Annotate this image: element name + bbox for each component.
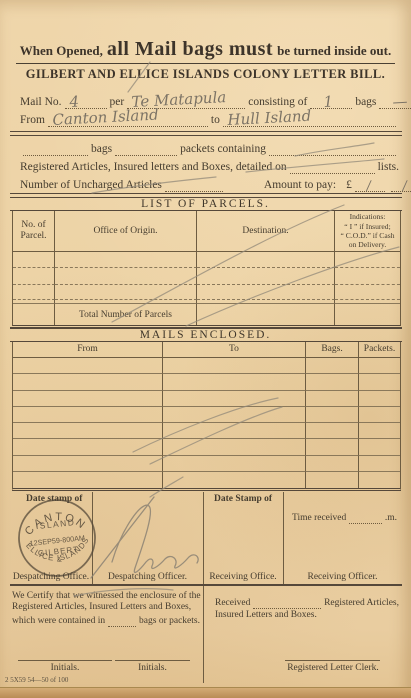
certify-line-1: We Certify that we witnessed the enclosu… (12, 591, 202, 602)
print-code: 2 5X59 54—50 of 100 (5, 676, 68, 684)
despatching-office-label: Despatching Office. (10, 572, 92, 582)
amount-to-pay-label: Amount to pay: (264, 179, 336, 192)
opening-notice: When Opened, all Mail bags must be turne… (0, 38, 411, 64)
bags-blank-field (23, 143, 88, 156)
received-line-2: Insured Letters and Boxes. (215, 610, 317, 620)
parcels-empty-row (13, 285, 400, 300)
form-title: GILBERT AND ELLICE ISLANDS COLONY LETTER… (0, 67, 411, 82)
initials-rule (18, 660, 112, 661)
canton-island-postmark: CANTON ISLAND 12SEP59-800AM GILBERT & EL… (11, 492, 103, 584)
parcels-empty-row (13, 268, 400, 285)
indications-line: “ C.O.D.” if Cash (341, 231, 395, 240)
mails-col-bags: Bags. (306, 342, 359, 358)
received-label: Received (215, 598, 250, 609)
mails-empty-row (13, 472, 400, 488)
receiving-officer-label: Receiving Officer. (283, 572, 402, 582)
mails-header-row: From To Bags. Packets. (13, 342, 400, 358)
mail-no-handwritten: 4 (69, 93, 79, 111)
lists-label: lists. (378, 161, 399, 174)
uncharged-articles-label: Number of Uncharged Articles (20, 179, 162, 192)
notice-prefix: When Opened, (20, 43, 103, 58)
currency-symbol: £ (346, 179, 352, 192)
notice-emphasis: all Mail bags must (107, 38, 273, 60)
lists-blank-field (290, 161, 375, 174)
bags-label-2: bags (91, 143, 112, 156)
receiving-office-label: Receiving Office. (203, 572, 283, 582)
indications-line: Indications: (350, 212, 386, 221)
mails-col-from: From (13, 342, 163, 358)
to-label: to (211, 114, 220, 127)
clerk-rule (285, 660, 380, 661)
heavy-rule (10, 584, 402, 586)
bags-or-packets-label: bags or packets. (139, 616, 200, 627)
packets-blank-field (115, 143, 177, 156)
spacer (226, 180, 264, 192)
time-received-suffix: .m. (385, 513, 397, 524)
mails-empty-row (13, 374, 400, 390)
indications-line: “ I ” if Insured; (344, 222, 390, 231)
bags-label: bags (355, 96, 376, 109)
time-received-label: Time received (292, 513, 346, 524)
mails-section-title: MAILS ENCLOSED. (0, 329, 411, 341)
initials-rule (115, 660, 190, 661)
received-field (253, 599, 321, 609)
time-received-field (349, 514, 382, 524)
bags-count-field: 1 (310, 96, 352, 109)
mails-empty-row (13, 456, 400, 472)
paper-bottom-edge (0, 687, 411, 698)
parcels-section-title: LIST OF PARCELS. (0, 198, 411, 210)
amount-slash-1: / (366, 179, 371, 194)
contained-in-label: which were contained in (12, 616, 105, 627)
mails-col-packets: Packets. (359, 342, 400, 358)
contained-in-line: which were contained in bags or packets. (12, 616, 200, 627)
from-to-line: From Canton Island to Hull Island (20, 114, 399, 127)
mails-table: From To Bags. Packets. (12, 342, 401, 491)
date-stamp-right-header: Date Stamp of (214, 494, 272, 504)
mail-no-field: 4 (65, 96, 107, 109)
mail-no-line: Mail No. 4 per Te Matapula consisting of… (20, 96, 399, 109)
to-handwritten: Hull Island (227, 107, 312, 129)
amount-pounds-field: / (355, 179, 385, 192)
bags-count-handwritten: 1 (323, 93, 333, 111)
initials-label-2: Initials. (115, 663, 190, 673)
divider (283, 492, 284, 584)
mails-empty-row (13, 358, 400, 374)
mails-empty-row (13, 423, 400, 439)
registered-articles-line: Registered Articles, Insured letters and… (20, 161, 399, 174)
uncharged-blank-field (165, 179, 223, 192)
from-label: From (20, 114, 45, 127)
parcels-total-label: Total Number of Parcels (55, 304, 197, 325)
mails-empty-row (13, 407, 400, 423)
parcels-empty-row (13, 252, 400, 268)
amount-shillings-field: / (391, 179, 411, 192)
parcels-total-row: Total Number of Parcels (13, 304, 400, 325)
mails-empty-row (13, 439, 400, 455)
parcels-col-destination: Destination. (197, 211, 335, 252)
packets-count-field: — (379, 96, 411, 109)
parcels-col-indications: Indications: “ I ” if Insured; “ C.O.D.”… (335, 211, 400, 252)
mails-empty-row (13, 391, 400, 407)
time-received-line: Time received .m. (292, 513, 397, 524)
received-suffix: Registered Articles, (324, 598, 399, 609)
parcels-col-no: No. of Parcel. (13, 211, 55, 252)
letter-bill-form: When Opened, all Mail bags must be turne… (0, 0, 411, 698)
parcels-header-row: No. of Parcel. Office of Origin. Destina… (13, 211, 400, 252)
amount-slash-2: / (402, 179, 407, 194)
from-field: Canton Island (48, 114, 208, 127)
uncharged-articles-line: Number of Uncharged Articles Amount to p… (20, 179, 397, 192)
divider (203, 492, 204, 683)
packets-containing-label: packets containing (180, 143, 266, 156)
mail-no-label: Mail No. (20, 96, 62, 109)
parcels-col-origin: Office of Origin. (55, 211, 197, 252)
registered-articles-label: Registered Articles, Insured letters and… (20, 161, 287, 174)
certify-line-2: Registered Articles, Insured Letters and… (12, 602, 202, 613)
containing-blank-field (269, 143, 396, 156)
certify-text: We Certify that we witnessed the enclosu… (12, 591, 202, 613)
registered-letter-clerk-label: Registered Letter Clerk. (278, 663, 388, 673)
indications-line: on Delivery. (349, 240, 386, 249)
packets-count-handwritten: — (392, 92, 408, 111)
contained-in-field (108, 617, 136, 627)
bags-packets-line: bags packets containing (20, 143, 399, 156)
parcels-table: No. of Parcel. Office of Origin. Destina… (12, 211, 401, 326)
double-rule (10, 131, 402, 136)
initials-label-1: Initials. (18, 663, 112, 673)
to-field: Hull Island (223, 114, 396, 127)
received-line: Received Registered Articles, (215, 598, 399, 609)
notice-suffix: be turned inside out. (277, 43, 391, 58)
spacer (336, 180, 346, 192)
despatching-officer-label: Despatching Officer. (92, 572, 203, 582)
mails-col-to: To (163, 342, 306, 358)
